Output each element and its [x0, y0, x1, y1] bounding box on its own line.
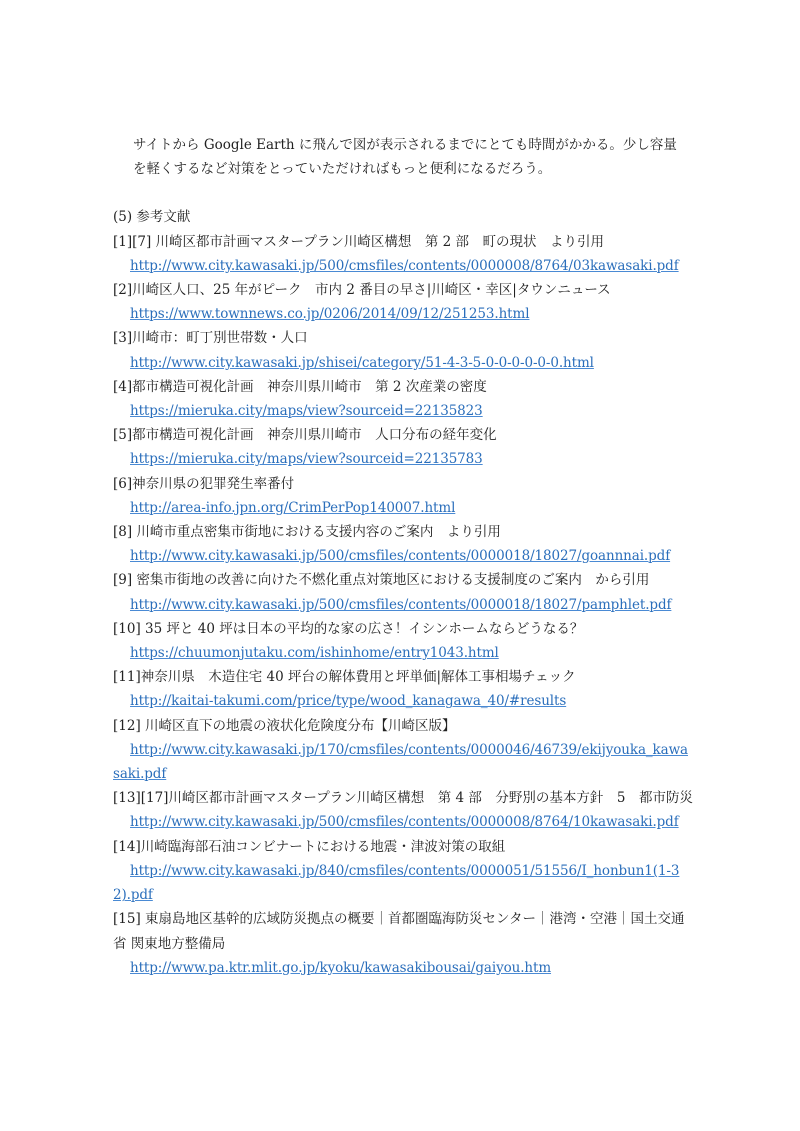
- reference-item: [3]川崎市：町丁別世帯数・人口 http://www.city.kawasak…: [113, 326, 693, 374]
- reference-link[interactable]: https://mieruka.city/maps/view?sourceid=…: [113, 447, 693, 471]
- reference-item: [10] 35 坪と 40 坪は日本の平均的な家の広さ！イシンホームならどうなる…: [113, 617, 693, 665]
- reference-item: [12] 川崎区直下の地震の液状化危険度分布【川崎区版】 http://www.…: [113, 714, 693, 787]
- reference-title: [12] 川崎区直下の地震の液状化危険度分布【川崎区版】: [113, 714, 693, 738]
- reference-title: [13][17]川崎区都市計画マスタープラン川崎区構想 第 4 部 分野別の基本…: [113, 786, 693, 810]
- reference-link[interactable]: https://www.townnews.co.jp/0206/2014/09/…: [113, 302, 693, 326]
- reference-item: [13][17]川崎区都市計画マスタープラン川崎区構想 第 4 部 分野別の基本…: [113, 786, 693, 834]
- reference-item: [1][7] 川崎区都市計画マスタープラン川崎区構想 第 2 部 町の現状 より…: [113, 230, 693, 278]
- reference-link[interactable]: http://www.city.kawasaki.jp/840/cmsfiles…: [113, 859, 693, 907]
- reference-link[interactable]: http://www.city.kawasaki.jp/500/cmsfiles…: [113, 810, 693, 834]
- reference-title: [8] 川崎市重点密集市街地における支援内容のご案内 より引用: [113, 520, 693, 544]
- reference-link[interactable]: http://www.city.kawasaki.jp/500/cmsfiles…: [113, 254, 693, 278]
- intro-line-2: を軽くするなど対策をとっていただければもっと便利になるだろう。: [133, 161, 551, 177]
- reference-link[interactable]: https://chuumonjutaku.com/ishinhome/entr…: [113, 641, 693, 665]
- intro-paragraph: サイトから Google Earth に飛んで図が表示されるまでにとても時間がか…: [113, 133, 693, 181]
- reference-title: [5]都市構造可視化計画 神奈川県川崎市 人口分布の経年変化: [113, 423, 693, 447]
- reference-title: [15] 東扇島地区基幹的広域防災拠点の概要｜首都圏臨海防災センター｜港湾・空港…: [113, 907, 693, 955]
- document-page: サイトから Google Earth に飛んで図が表示されるまでにとても時間がか…: [113, 133, 693, 980]
- reference-item: [4]都市構造可視化計画 神奈川県川崎市 第 2 次産業の密度 https://…: [113, 375, 693, 423]
- reference-list: [1][7] 川崎区都市計画マスタープラン川崎区構想 第 2 部 町の現状 より…: [113, 230, 693, 980]
- reference-link[interactable]: http://www.pa.ktr.mlit.go.jp/kyoku/kawas…: [113, 956, 693, 980]
- reference-link[interactable]: https://mieruka.city/maps/view?sourceid=…: [113, 399, 693, 423]
- reference-title: [2]川崎区人口、25 年がピーク 市内 2 番目の早さ|川崎区・幸区|タウンニ…: [113, 278, 693, 302]
- reference-link[interactable]: http://www.city.kawasaki.jp/500/cmsfiles…: [113, 593, 693, 617]
- section-heading-references: (5) 参考文献: [113, 205, 693, 229]
- reference-link[interactable]: http://www.city.kawasaki.jp/500/cmsfiles…: [113, 544, 693, 568]
- reference-link[interactable]: http://kaitai-takumi.com/price/type/wood…: [113, 689, 693, 713]
- reference-title: [14]川崎臨海部石油コンビナートにおける地震・津波対策の取組: [113, 835, 693, 859]
- reference-item: [14]川崎臨海部石油コンビナートにおける地震・津波対策の取組 http://w…: [113, 835, 693, 908]
- reference-title: [6]神奈川県の犯罪発生率番付: [113, 472, 693, 496]
- reference-item: [2]川崎区人口、25 年がピーク 市内 2 番目の早さ|川崎区・幸区|タウンニ…: [113, 278, 693, 326]
- reference-title: [4]都市構造可視化計画 神奈川県川崎市 第 2 次産業の密度: [113, 375, 693, 399]
- reference-item: [11]神奈川県 木造住宅 40 坪台の解体費用と坪単価|解体工事相場チェック …: [113, 665, 693, 713]
- intro-line-1: サイトから Google Earth に飛んで図が表示されるまでにとても時間がか…: [133, 137, 677, 153]
- reference-item: [15] 東扇島地区基幹的広域防災拠点の概要｜首都圏臨海防災センター｜港湾・空港…: [113, 907, 693, 980]
- reference-item: [9] 密集市街地の改善に向けた不燃化重点対策地区における支援制度のご案内 から…: [113, 568, 693, 616]
- reference-link[interactable]: http://area-info.jpn.org/CrimPerPop14000…: [113, 496, 693, 520]
- reference-item: [5]都市構造可視化計画 神奈川県川崎市 人口分布の経年変化 https://m…: [113, 423, 693, 471]
- reference-title: [1][7] 川崎区都市計画マスタープラン川崎区構想 第 2 部 町の現状 より…: [113, 230, 693, 254]
- reference-item: [6]神奈川県の犯罪発生率番付 http://area-info.jpn.org…: [113, 472, 693, 520]
- reference-title: [9] 密集市街地の改善に向けた不燃化重点対策地区における支援制度のご案内 から…: [113, 568, 693, 592]
- reference-title: [11]神奈川県 木造住宅 40 坪台の解体費用と坪単価|解体工事相場チェック: [113, 665, 693, 689]
- reference-item: [8] 川崎市重点密集市街地における支援内容のご案内 より引用 http://w…: [113, 520, 693, 568]
- reference-link[interactable]: http://www.city.kawasaki.jp/170/cmsfiles…: [113, 738, 693, 786]
- reference-title: [3]川崎市：町丁別世帯数・人口: [113, 326, 693, 350]
- reference-link[interactable]: http://www.city.kawasaki.jp/shisei/categ…: [113, 351, 693, 375]
- reference-title: [10] 35 坪と 40 坪は日本の平均的な家の広さ！イシンホームならどうなる…: [113, 617, 693, 641]
